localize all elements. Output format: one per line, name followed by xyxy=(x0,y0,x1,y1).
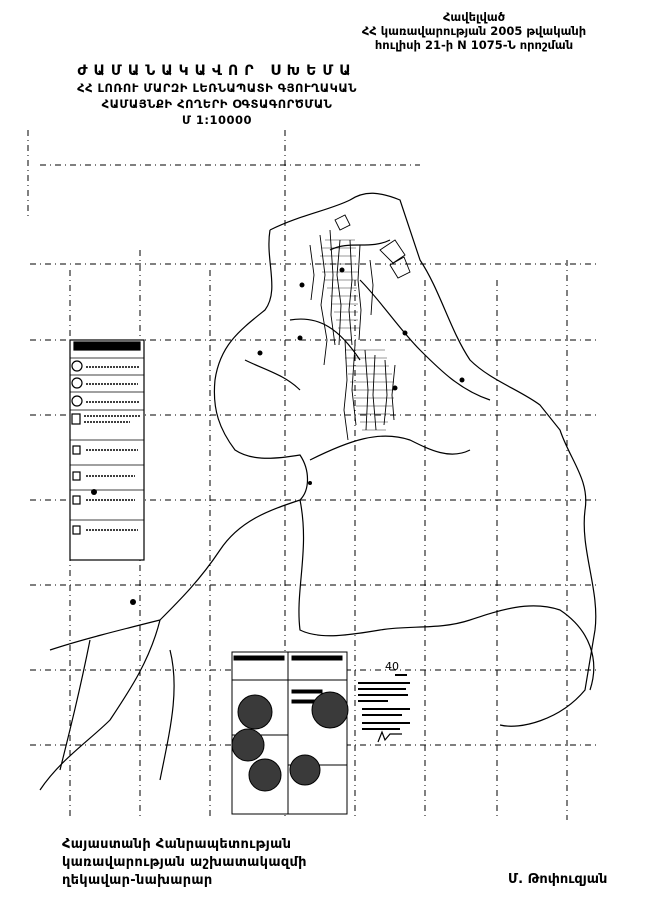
legend-circle-icon xyxy=(72,378,82,388)
seal-icon xyxy=(238,695,272,729)
legend-square-icon xyxy=(72,414,80,424)
signatory-title-line-1: Հայաստանի Հանրապետության xyxy=(62,836,307,854)
approval-note-block xyxy=(358,674,410,742)
signatory-title-line-3: ղեկավար-նախարար xyxy=(62,872,307,890)
seal-icon xyxy=(232,729,264,761)
land-use-map: 40 xyxy=(0,130,654,830)
legend-circle-icon xyxy=(72,396,82,406)
seal-icon xyxy=(290,755,320,785)
grid-number-label: 40 xyxy=(385,660,399,673)
document-title-block: ԺԱՄԱՆԱԿԱՎՈՐ ՍԽԵՄԱ ՀՀ ԼՈՌՈՒ ՄԱՐԶԻ ԼԵՌՆԱՊԱ… xyxy=(62,62,372,128)
signatory-name: Մ. Թոփուզյան xyxy=(508,872,607,887)
map-scale: Մ 1:10000 xyxy=(62,112,372,128)
legend-square-icon xyxy=(73,526,80,534)
settlement-hatching xyxy=(320,240,394,430)
legend-box xyxy=(70,340,144,560)
signatory-title-line-2: կառավարության աշխատակազմի xyxy=(62,854,307,872)
approval-line-1: Հավելված xyxy=(354,10,594,24)
document-title: ԺԱՄԱՆԱԿԱՎՈՐ ՍԽԵՄԱ xyxy=(62,62,372,80)
seal-icon xyxy=(312,692,348,728)
legend-circle-icon xyxy=(72,361,82,371)
document-subtitle-2: ՀԱՄԱՅՆՔԻ ՀՈՂԵՐԻ ՕԳՏԱԳՈՐԾՄԱՆ xyxy=(62,96,372,112)
legend-square-icon xyxy=(73,496,80,504)
seal-icon xyxy=(249,759,281,791)
approval-line-2: ՀՀ կառավարության 2005 թվականի xyxy=(354,24,594,38)
document-subtitle-1: ՀՀ ԼՈՌՈՒ ՄԱՐԶԻ ԼԵՌՆԱՊԱՏԻ ԳՅՈՒՂԱԿԱՆ xyxy=(62,80,372,96)
legend-square-icon xyxy=(73,446,80,454)
legend-square-icon xyxy=(73,472,80,480)
map-markers xyxy=(91,268,465,606)
approval-line-3: հուլիսի 21-ի N 1075-Ն որոշման xyxy=(354,38,594,52)
signatory-title: Հայաստանի Հանրապետության կառավարության ա… xyxy=(62,836,307,890)
approval-annotation: Հավելված ՀՀ կառավարության 2005 թվականի հ… xyxy=(354,10,594,52)
